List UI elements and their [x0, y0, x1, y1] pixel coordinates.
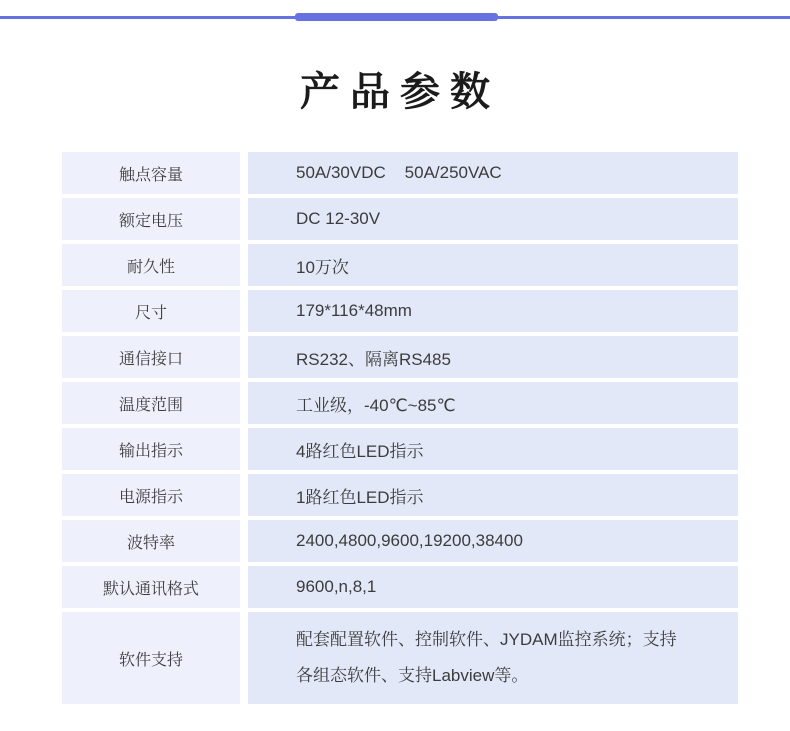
row-label: 电源指示 — [62, 474, 240, 516]
table-row: 输出指示 4路红色LED指示 — [62, 428, 738, 470]
row-label: 通信接口 — [62, 336, 240, 378]
table-row: 通信接口 RS232、隔离RS485 — [62, 336, 738, 378]
table-row: 尺寸 179*116*48mm — [62, 290, 738, 332]
top-accent-bar — [295, 13, 498, 21]
row-label: 波特率 — [62, 520, 240, 562]
row-value: 50A/30VDC 50A/250VAC — [248, 152, 738, 194]
table-row: 温度范围 工业级，-40℃~85℃ — [62, 382, 738, 424]
table-row: 默认通讯格式 9600,n,8,1 — [62, 566, 738, 608]
table-row: 耐久性 10万次 — [62, 244, 738, 286]
table-row: 软件支持 配套配置软件、控制软件、JYDAM监控系统；支持各组态软件、支持Lab… — [62, 612, 738, 704]
row-value: 9600,n,8,1 — [248, 566, 738, 608]
row-value: DC 12-30V — [248, 198, 738, 240]
row-label: 触点容量 — [62, 152, 240, 194]
table-row: 额定电压 DC 12-30V — [62, 198, 738, 240]
row-label: 温度范围 — [62, 382, 240, 424]
row-label: 耐久性 — [62, 244, 240, 286]
row-value: 2400,4800,9600,19200,38400 — [248, 520, 738, 562]
row-value: 4路红色LED指示 — [248, 428, 738, 470]
row-value: 10万次 — [248, 244, 738, 286]
table-row: 触点容量 50A/30VDC 50A/250VAC — [62, 152, 738, 194]
row-value: 工业级，-40℃~85℃ — [248, 382, 738, 424]
row-label: 默认通讯格式 — [62, 566, 240, 608]
row-label: 软件支持 — [62, 612, 240, 704]
row-value: 179*116*48mm — [248, 290, 738, 332]
row-label: 输出指示 — [62, 428, 240, 470]
row-value: RS232、隔离RS485 — [248, 336, 738, 378]
row-value: 1路红色LED指示 — [248, 474, 738, 516]
table-row: 电源指示 1路红色LED指示 — [62, 474, 738, 516]
table-row: 波特率 2400,4800,9600,19200,38400 — [62, 520, 738, 562]
row-label: 尺寸 — [62, 290, 240, 332]
row-label: 额定电压 — [62, 198, 240, 240]
spec-table: 触点容量 50A/30VDC 50A/250VAC 额定电压 DC 12-30V… — [62, 152, 738, 704]
row-value: 配套配置软件、控制软件、JYDAM监控系统；支持各组态软件、支持Labview等… — [248, 612, 738, 704]
product-parameters-page: 产品参数 触点容量 50A/30VDC 50A/250VAC 额定电压 DC 1… — [0, 0, 790, 731]
